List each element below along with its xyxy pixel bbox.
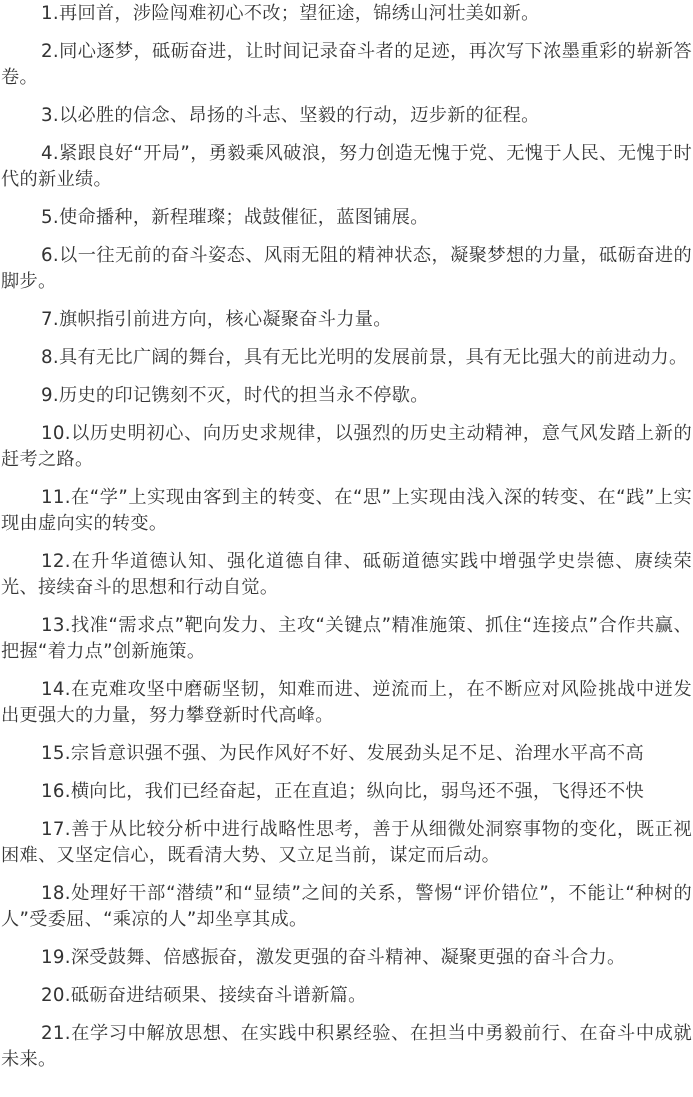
paragraph-12: 12.在升华道德认知、强化道德自律、砥砺道德实践中增强学史崇德、赓续荣光、接续奋…: [1, 549, 692, 601]
paragraph-8: 8.具有无比广阔的舞台，具有无比光明的发展前景，具有无比强大的前进动力。: [1, 345, 692, 371]
paragraph-11: 11.在“学”上实现由客到主的转变、在“思”上实现由浅入深的转变、在“践”上实现…: [1, 485, 692, 537]
paragraph-18: 18.处理好干部“潜绩”和“显绩”之间的关系，警惕“评价错位”，不能让“种树的人…: [1, 881, 692, 933]
paragraph-4: 4.紧跟良好“开局”，勇毅乘风破浪，努力创造无愧于党、无愧于人民、无愧于时代的新…: [1, 141, 692, 193]
paragraph-10: 10.以历史明初心、向历史求规律，以强烈的历史主动精神，意气风发踏上新的赶考之路…: [1, 421, 692, 473]
document-body: 1.再回首，涉险闯难初心不改；望征途，锦绣山河壮美如新。 2.同心逐梦，砥砺奋进…: [0, 1, 693, 1073]
paragraph-1: 1.再回首，涉险闯难初心不改；望征途，锦绣山河壮美如新。: [1, 1, 692, 27]
paragraph-17: 17.善于从比较分析中进行战略性思考，善于从细微处洞察事物的变化，既正视困难、又…: [1, 817, 692, 869]
paragraph-14: 14.在克难攻坚中磨砺坚韧，知难而进、逆流而上，在不断应对风险挑战中迸发出更强大…: [1, 677, 692, 729]
paragraph-3: 3.以必胜的信念、昂扬的斗志、坚毅的行动，迈步新的征程。: [1, 103, 692, 129]
paragraph-13: 13.找准“需求点”靶向发力、主攻“关键点”精准施策、抓住“连接点”合作共赢、把…: [1, 613, 692, 665]
paragraph-15: 15.宗旨意识强不强、为民作风好不好、发展劲头足不足、治理水平高不高: [1, 741, 692, 767]
paragraph-9: 9.历史的印记镌刻不灭，时代的担当永不停歇。: [1, 383, 692, 409]
paragraph-21: 21.在学习中解放思想、在实践中积累经验、在担当中勇毅前行、在奋斗中成就未来。: [1, 1021, 692, 1073]
paragraph-7: 7.旗帜指引前进方向，核心凝聚奋斗力量。: [1, 307, 692, 333]
paragraph-6: 6.以一往无前的奋斗姿态、风雨无阻的精神状态，凝聚梦想的力量，砥砺奋进的脚步。: [1, 243, 692, 295]
paragraph-5: 5.使命播种，新程璀璨；战鼓催征，蓝图铺展。: [1, 205, 692, 231]
paragraph-16: 16.横向比，我们已经奋起，正在直追；纵向比，弱鸟还不强，飞得还不快: [1, 779, 692, 805]
paragraph-20: 20.砥砺奋进结硕果、接续奋斗谱新篇。: [1, 983, 692, 1009]
paragraph-19: 19.深受鼓舞、倍感振奋，激发更强的奋斗精神、凝聚更强的奋斗合力。: [1, 945, 692, 971]
paragraph-2: 2.同心逐梦，砥砺奋进，让时间记录奋斗者的足迹，再次写下浓墨重彩的崭新答卷。: [1, 39, 692, 91]
